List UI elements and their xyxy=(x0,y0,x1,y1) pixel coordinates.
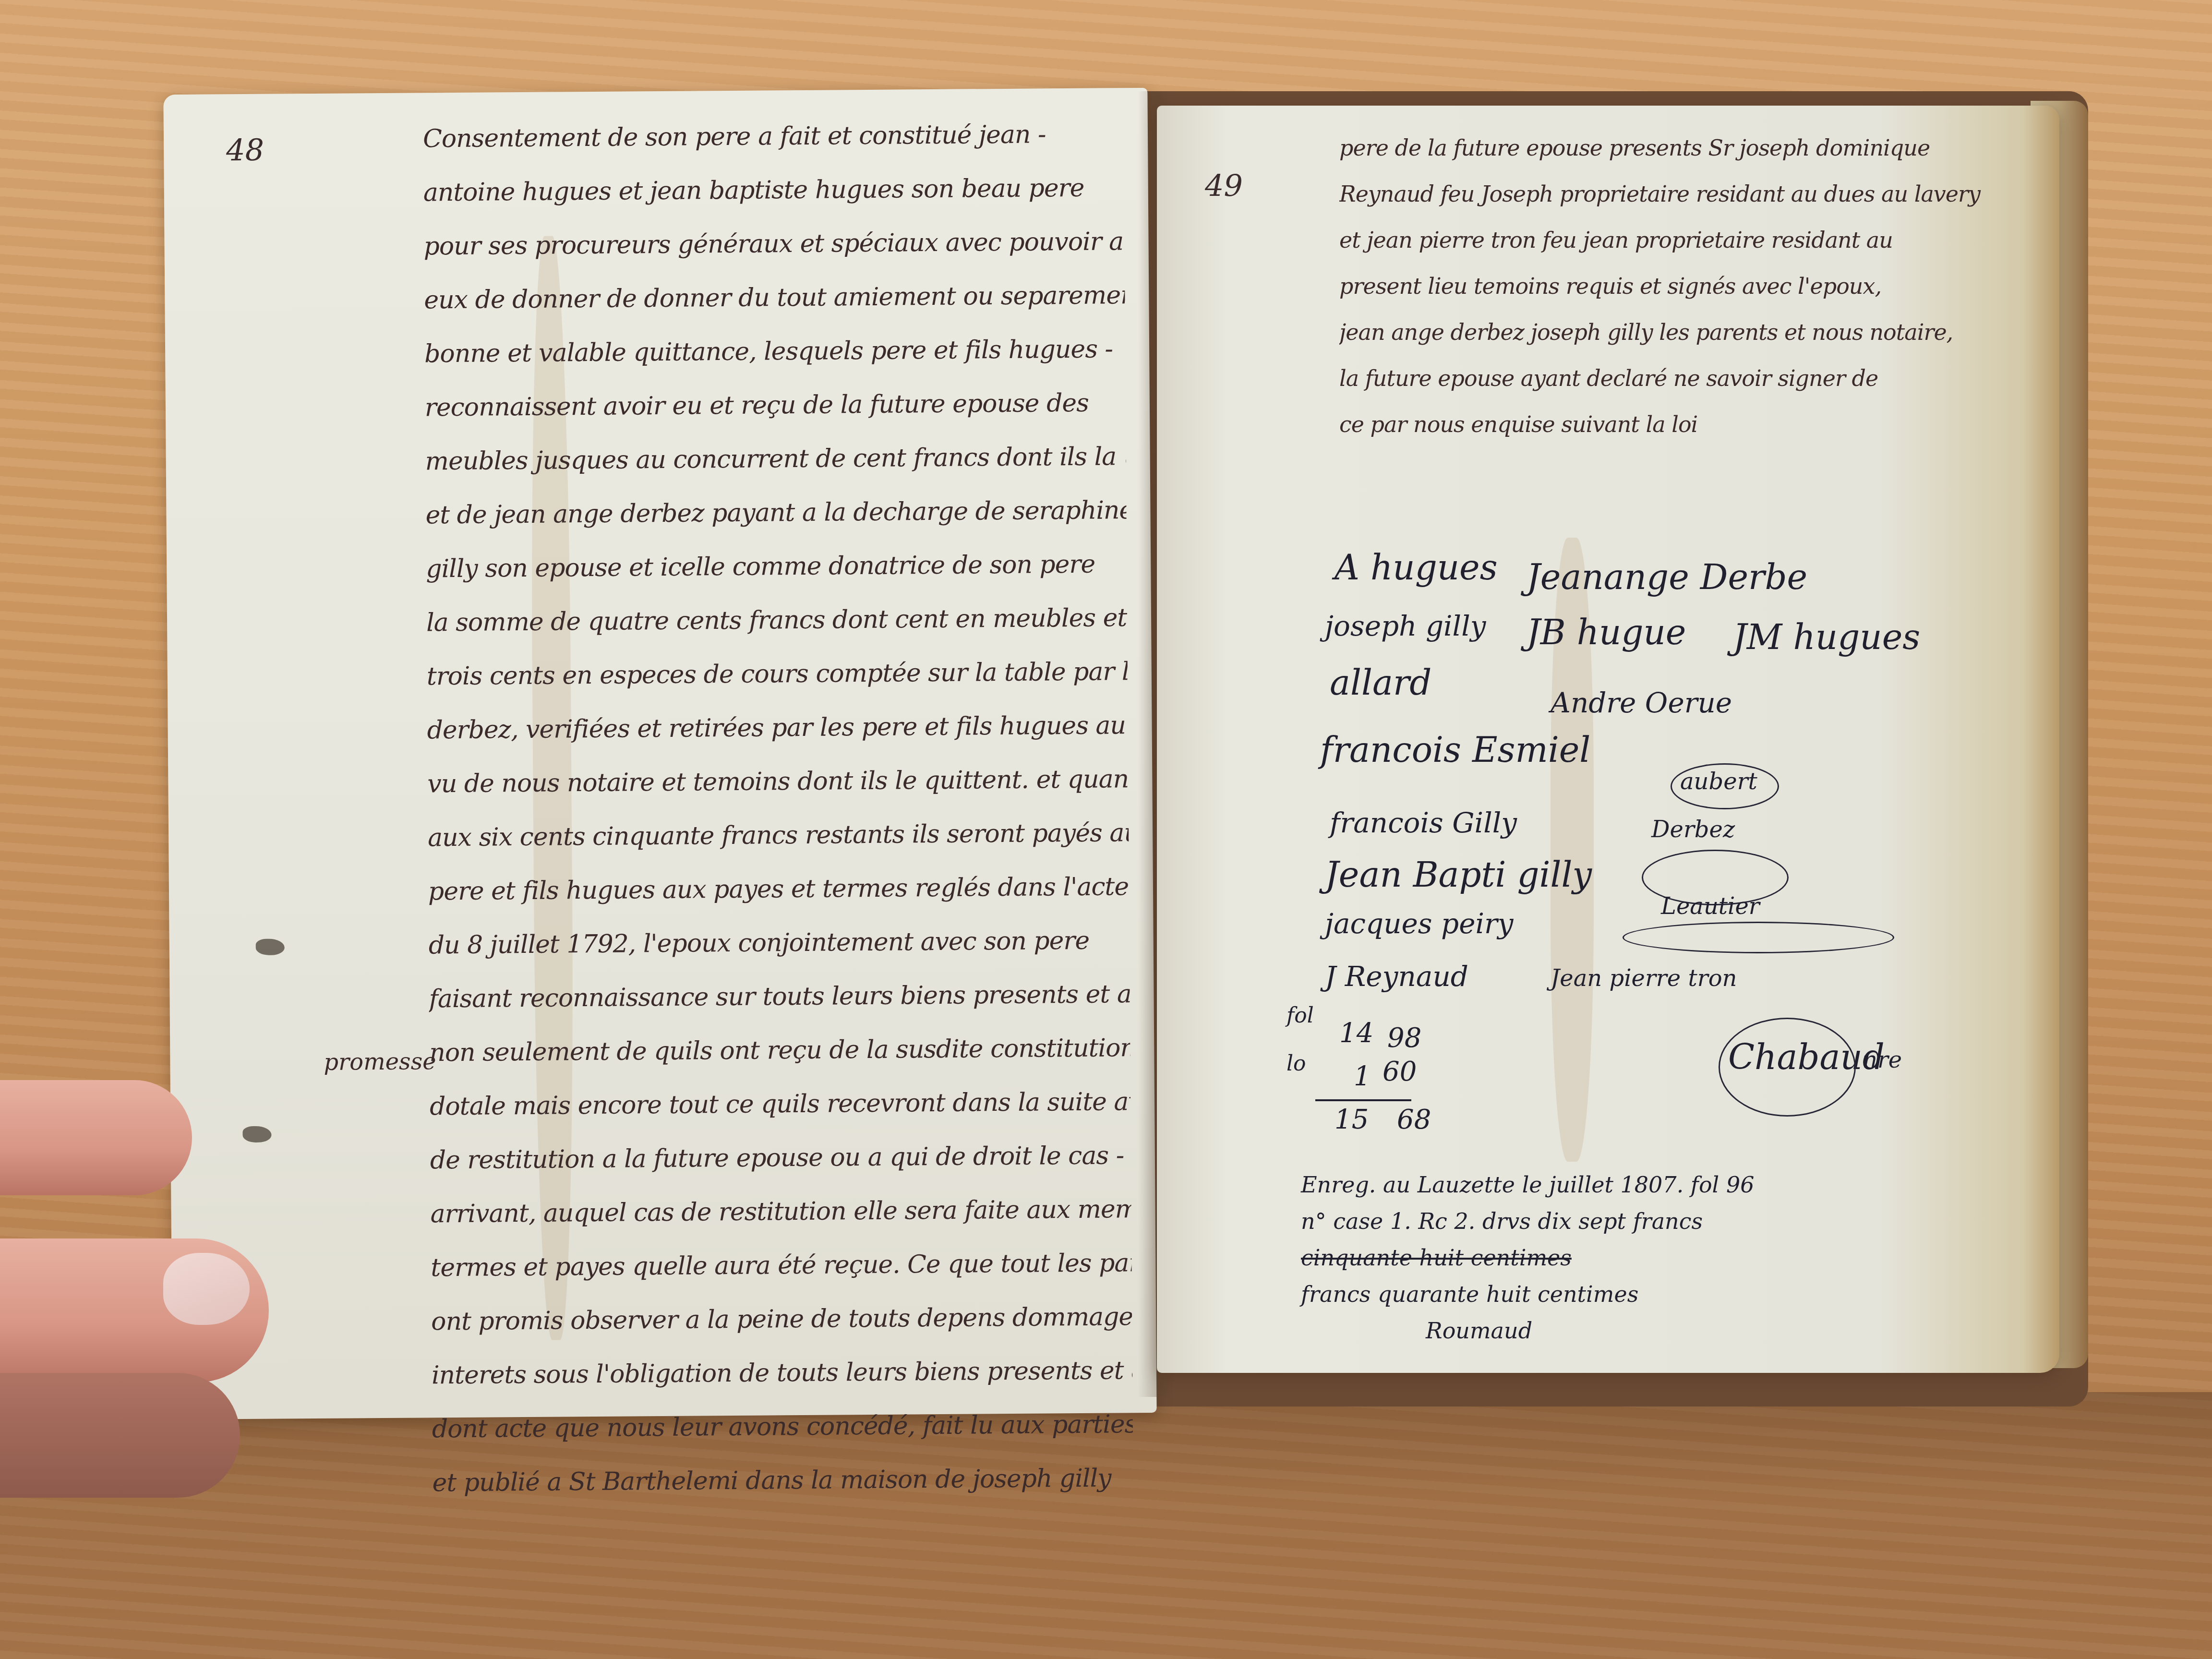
registration-line-struck: cinquante huit centimes xyxy=(1301,1239,1829,1276)
signature: Derbez xyxy=(1651,816,1735,843)
text-line: vu de nous notaire et temoins dont ils l… xyxy=(427,752,1129,811)
text-line: pere de la future epouse presents Sr jos… xyxy=(1339,125,2011,171)
signature: A hugues xyxy=(1334,547,1498,588)
open-register-book: 48 Consentement de son pere a fait et co… xyxy=(158,72,2074,1416)
text-line: derbez, verifiées et retirées par les pe… xyxy=(427,698,1128,757)
text-line: et publié a St Barthelemi dans la maison… xyxy=(432,1451,1133,1510)
signature: Jean Bapti gilly xyxy=(1325,854,1592,895)
text-line: jean ange derbez joseph gilly les parent… xyxy=(1339,309,2011,355)
hand-holding-page xyxy=(0,1080,317,1560)
text-line: reconnaissent avoir eu et reçu de la fut… xyxy=(425,376,1126,434)
signature: francois Esmiel xyxy=(1320,730,1590,770)
fee-tally: fol lo 14 98 1 60 15 68 xyxy=(1286,1003,1459,1157)
text-line: meubles jusques au concurrent de cent fr… xyxy=(425,430,1126,488)
text-line: dotale mais encore tout ce quils recevro… xyxy=(430,1075,1131,1133)
text-line: et jean pierre tron feu jean proprietair… xyxy=(1339,217,2011,263)
signature: francois Gilly xyxy=(1330,806,1517,839)
signature-flourish xyxy=(1671,763,1779,809)
thumbnail xyxy=(163,1253,250,1325)
text-line: ce par nous enquise suivant la loi xyxy=(1339,401,2011,447)
registration-line: Enreg. au Lauzette le juillet 1807. fol … xyxy=(1301,1166,1829,1203)
text-line: faisant reconnaissance sur touts leurs b… xyxy=(429,967,1130,1026)
text-line: non seulement de quils ont reçu de la su… xyxy=(429,1021,1130,1080)
right-page: 49 pere de la future epouse presents Sr … xyxy=(1157,106,2059,1373)
tally-number: 68 xyxy=(1397,1104,1431,1135)
signature: Jeanange Derbe xyxy=(1527,557,1807,597)
signature: joseph gilly xyxy=(1325,610,1486,642)
right-page-text: pere de la future epouse presents Sr jos… xyxy=(1339,125,2011,447)
signatures-block: A hugues Jeanange Derbe joseph gilly JB … xyxy=(1325,528,1997,1056)
text-line: gilly son epouse et icelle comme donatri… xyxy=(426,537,1127,596)
registration-line: francs quarante huit centimes xyxy=(1301,1276,1829,1312)
text-line: present lieu temoins requis et signés av… xyxy=(1339,263,2011,309)
text-line: eux de donner de donner du tout amiement… xyxy=(424,268,1125,327)
signature: J Reynaud xyxy=(1325,960,1468,993)
signature: JM hugues xyxy=(1733,617,1920,657)
lower-finger xyxy=(0,1373,240,1498)
text-line: pere et fils hugues aux payes et termes … xyxy=(428,860,1130,918)
text-line: et de jean ange derbez payant a la decha… xyxy=(425,483,1127,542)
tally-number: 15 xyxy=(1334,1104,1369,1135)
text-line: arrivant, auquel cas de restitution elle… xyxy=(430,1182,1131,1241)
text-line: du 8 juillet 1792, l'epoux conjointement… xyxy=(428,914,1130,972)
index-finger xyxy=(0,1080,192,1195)
tally-number: 98 xyxy=(1387,1022,1421,1054)
text-line: ont promis observer a la peine de touts … xyxy=(431,1290,1132,1348)
margin-note-promesse: promesse xyxy=(324,1048,436,1076)
signature: Andre Oerue xyxy=(1551,686,1732,719)
text-line: trois cents en especes de cours comptée … xyxy=(426,645,1128,703)
registration-line: n° case 1. Rc 2. drvs dix sept francs xyxy=(1301,1203,1829,1239)
text-line: bonne et valable quittance, lesquels per… xyxy=(424,322,1126,381)
signature: JB hugue xyxy=(1527,612,1686,652)
text-line: termes et payes quelle aura été reçue. C… xyxy=(431,1236,1132,1295)
signature: allard xyxy=(1330,662,1431,703)
tally-number: 1 xyxy=(1354,1061,1371,1092)
tally-number: 14 xyxy=(1339,1018,1373,1049)
signature-flourish xyxy=(1623,922,1894,953)
text-line: la future epouse ayant declaré ne savoir… xyxy=(1339,355,2011,401)
registrar-signature: Roumaud xyxy=(1426,1312,1954,1349)
text-line: Consentement de son pere a fait et const… xyxy=(423,107,1124,166)
ink-blot xyxy=(256,938,285,955)
signature: jacques peiry xyxy=(1325,907,1514,940)
left-page-text: Consentement de son pere a fait et const… xyxy=(423,107,1133,1510)
text-line: la somme de quatre cents francs dont cen… xyxy=(426,591,1128,649)
notary-signature: Chabaud nre xyxy=(1709,1008,1858,1128)
text-line: antoine hugues et jean baptiste hugues s… xyxy=(423,161,1124,219)
tally-label: lo xyxy=(1286,1051,1306,1076)
signature: Leautier xyxy=(1661,893,1760,920)
tally-label: fol xyxy=(1286,1003,1314,1028)
text-line: de restitution a la future epouse ou a q… xyxy=(430,1129,1131,1187)
notary-suffix: nre xyxy=(1863,1046,1902,1073)
signature-flourish xyxy=(1719,1018,1856,1117)
text-line: interets sous l'obligation de touts leur… xyxy=(432,1344,1133,1402)
text-line: aux six cents cinquante francs restants … xyxy=(428,806,1129,865)
page-number-right: 49 xyxy=(1205,168,1243,203)
text-line: pour ses procureurs généraux et spéciaux… xyxy=(423,215,1125,273)
tally-number: 60 xyxy=(1382,1056,1417,1087)
signature: Jean pierre tron xyxy=(1551,965,1737,992)
text-line: dont acte que nous leur avons concédé, f… xyxy=(432,1397,1133,1456)
registration-note: Enreg. au Lauzette le juillet 1807. fol … xyxy=(1301,1166,1829,1349)
tally-sum-line xyxy=(1315,1099,1411,1101)
text-line: Reynaud feu Joseph proprietaire residant… xyxy=(1339,171,2011,217)
page-number-left: 48 xyxy=(226,132,264,168)
